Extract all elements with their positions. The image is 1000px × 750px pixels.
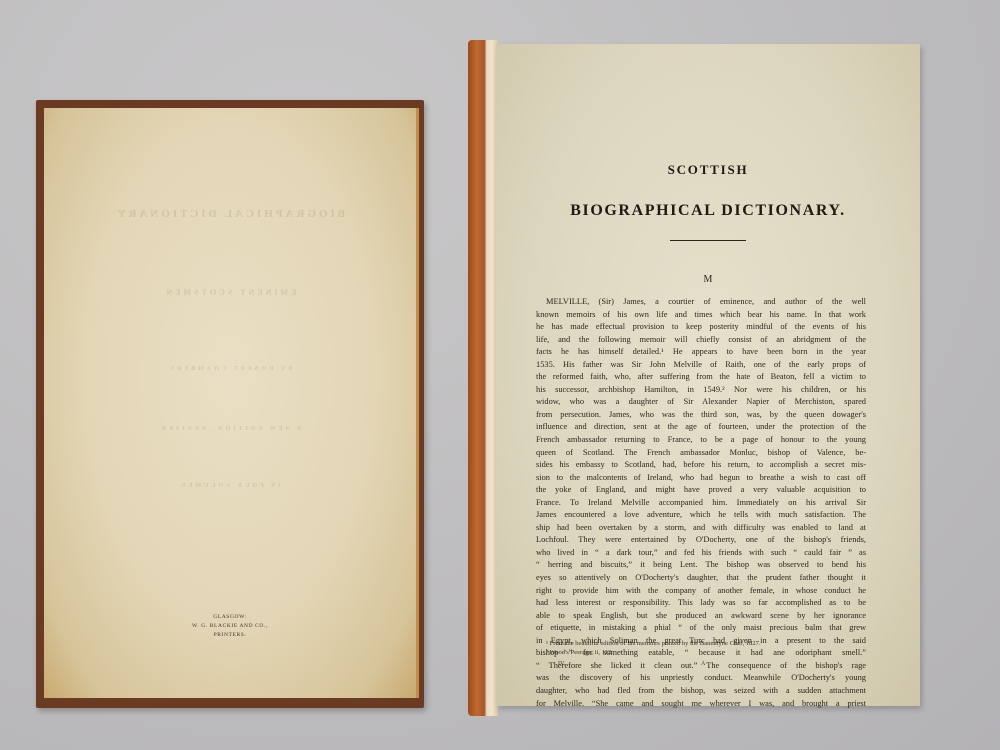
- bleed-through-text: BY ROBERT CHAMBERS: [44, 366, 416, 372]
- left-book: BIOGRAPHICAL DICTIONARY EMINENT SCOTSMEN…: [36, 100, 424, 708]
- left-page-verso: BIOGRAPHICAL DICTIONARY EMINENT SCOTSMEN…: [44, 108, 419, 698]
- text-line: sides his embassy to Scotland, had, befo…: [536, 459, 866, 472]
- imprint-city: GLASGOW:: [44, 613, 416, 622]
- footnote-2: ² Wood's Peerage, ii, 112.: [546, 649, 866, 658]
- page-heading-dictionary: BIOGRAPHICAL DICTIONARY.: [496, 202, 920, 220]
- volume-mark: IV.: [558, 661, 565, 667]
- heading-rule: [670, 240, 746, 241]
- bleed-through-text: EMINENT SCOTSMEN: [44, 288, 416, 297]
- text-line: of etiquette, in mistaking a phial “ of …: [536, 622, 866, 635]
- text-line: daughter, who had fled from the bishop, …: [536, 685, 866, 698]
- text-line: had less interest or responsibility. Thi…: [536, 597, 866, 610]
- text-line: James encountered a love adventure, whic…: [536, 509, 866, 522]
- text-line: sion to the malcontents of Ireland, who …: [536, 472, 866, 485]
- bleed-through-text: IN FOUR VOLUMES: [44, 483, 416, 489]
- text-line: life, and the following memoir will chie…: [536, 334, 866, 347]
- photo-scene: BIOGRAPHICAL DICTIONARY EMINENT SCOTSMEN…: [0, 0, 1000, 750]
- text-line: from persecution. James, who was the thi…: [536, 409, 866, 422]
- footnotes: ¹ From the beautiful edition of his memo…: [546, 640, 866, 657]
- section-letter: M: [496, 274, 920, 285]
- text-line: “ herring and biscuits,” it being Lent. …: [536, 559, 866, 572]
- book-spine: [468, 40, 498, 716]
- text-line: 1535. His father was Sir John Melville o…: [536, 359, 866, 372]
- text-line: known memoirs of his own life and times …: [536, 309, 866, 322]
- bleed-through-text: BIOGRAPHICAL DICTIONARY: [44, 208, 416, 220]
- bleed-through-text: A NEW EDITION, REVISED: [44, 426, 416, 432]
- imprint-role: PRINTERS.: [44, 631, 416, 640]
- signature-mark: A: [701, 661, 705, 667]
- right-page-recto: SCOTTISH BIOGRAPHICAL DICTIONARY. M MELV…: [496, 44, 920, 706]
- text-line: was the discovery of his unpriestly cond…: [536, 672, 866, 685]
- text-line: MELVILLE, (Sir) James, a courtier of emi…: [536, 296, 866, 309]
- right-book: SCOTTISH BIOGRAPHICAL DICTIONARY. M MELV…: [468, 36, 926, 718]
- text-line: eyes so attentively on O'Docherty's daug…: [536, 572, 866, 585]
- page-heading-scottish: SCOTTISH: [496, 162, 920, 178]
- text-line: queen of Scotland. The French ambassador…: [536, 447, 866, 460]
- text-line: he has made effectual provision to keep …: [536, 321, 866, 334]
- text-line: French ambassador returning to France, t…: [536, 434, 866, 447]
- text-line: who lived in “ a dark tour,” and fed his…: [536, 547, 866, 560]
- text-line: his successor, archbishop Hamilton, in 1…: [536, 384, 866, 397]
- text-line: the yoke of England, and might have prov…: [536, 484, 866, 497]
- footnote-1: ¹ From the beautiful edition of his memo…: [546, 640, 866, 649]
- text-line: the reformed faith, who, after suffering…: [536, 371, 866, 384]
- text-line: France. To Ireland Melville accompanied …: [536, 497, 866, 510]
- text-line: able to speak English, but she produced …: [536, 610, 866, 623]
- text-line: Lochfoul. They were entertained by O'Doc…: [536, 534, 866, 547]
- text-line: influence and direction, sent at the age…: [536, 421, 866, 434]
- text-line: for Melville. “She came and sought me wh…: [536, 698, 866, 711]
- text-line: right to provide him with the company of…: [536, 585, 866, 598]
- text-line: widow, who was a daughter of Sir Alexand…: [536, 396, 866, 409]
- printer-imprint: GLASGOW: W. G. BLACKIE AND CO., PRINTERS…: [44, 613, 416, 640]
- text-line: facts he has himself detailed.¹ He appea…: [536, 346, 866, 359]
- imprint-printer: W. G. BLACKIE AND CO.,: [44, 622, 416, 631]
- text-line: ship had been overtaken by a storm, and …: [536, 522, 866, 535]
